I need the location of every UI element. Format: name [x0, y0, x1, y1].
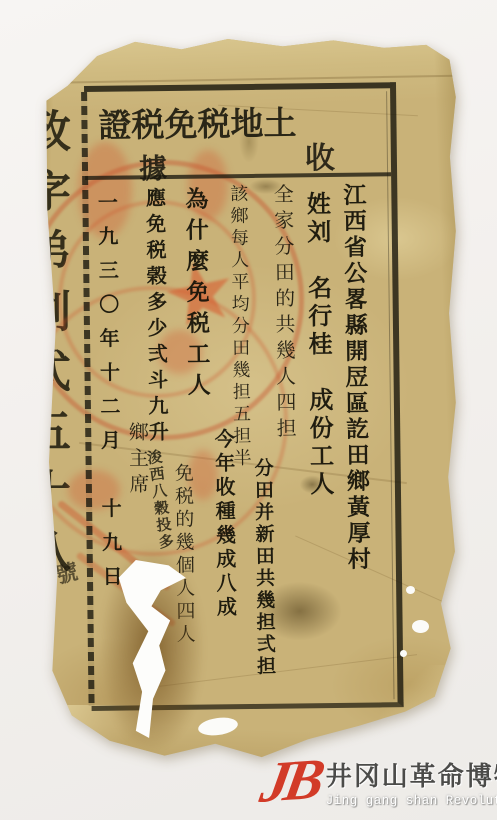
small-hole — [412, 620, 429, 633]
small-hole — [400, 650, 407, 657]
lane-date: 一九三〇年十二月 十九日 — [95, 192, 120, 600]
lane-location: 江西省公畧縣開㞐區訖田鄉黃厚村 — [341, 183, 369, 573]
lane-exempt-grain: 應免税榖多少弍斗九升 — [143, 187, 166, 447]
lane-harvest: 今年收種幾成八成 — [212, 428, 234, 620]
scanned-certificate: 政字弟刘弍五十八 號 ★ 證税免税地土 收 據 江西省公畧縣開㞐區訖田鄉黃厚村 … — [0, 0, 497, 820]
museum-name-block: 井冈山革命博物馆 Jing gang shan Revolution Museu… — [326, 756, 497, 808]
paper-sheet: 政字弟刘弍五十八 號 ★ 證税免税地土 收 據 江西省公畧縣開㞐區訖田鄉黃厚村 … — [38, 30, 460, 775]
lane-family-share: 全家分田的共幾人四担 — [271, 183, 294, 443]
small-hole — [197, 715, 239, 737]
receipt-char-shou: 收 — [305, 133, 336, 177]
margin-serial-tail: 號 — [52, 560, 78, 586]
title-divider — [85, 172, 391, 180]
museum-name-en: Jing gang shan Revolution Museum — [326, 794, 497, 808]
lane-new-field: 分田并新田共幾担弍担 — [253, 458, 275, 678]
lane-exemption-reason: 為什麼免税工人 — [183, 187, 209, 404]
museum-logo-jb: JB — [257, 754, 322, 807]
receipt-char-ju: 據 — [139, 147, 168, 187]
lane-holder-name: 姓刘 名行桂 成份工人 — [303, 191, 331, 499]
museum-name-cn: 井冈山革命博物馆 — [326, 756, 497, 793]
top-fold-crease — [68, 75, 468, 84]
museum-watermark: JB 井冈山革命博物馆 Jing gang shan Revolution Mu… — [262, 756, 497, 808]
small-hole — [406, 586, 415, 594]
lane-chairman-label: 鄉主席 — [126, 421, 147, 499]
lane-chairman-signature: 浚西八穀投多 — [144, 449, 173, 552]
frame-inner-line — [386, 91, 394, 699]
